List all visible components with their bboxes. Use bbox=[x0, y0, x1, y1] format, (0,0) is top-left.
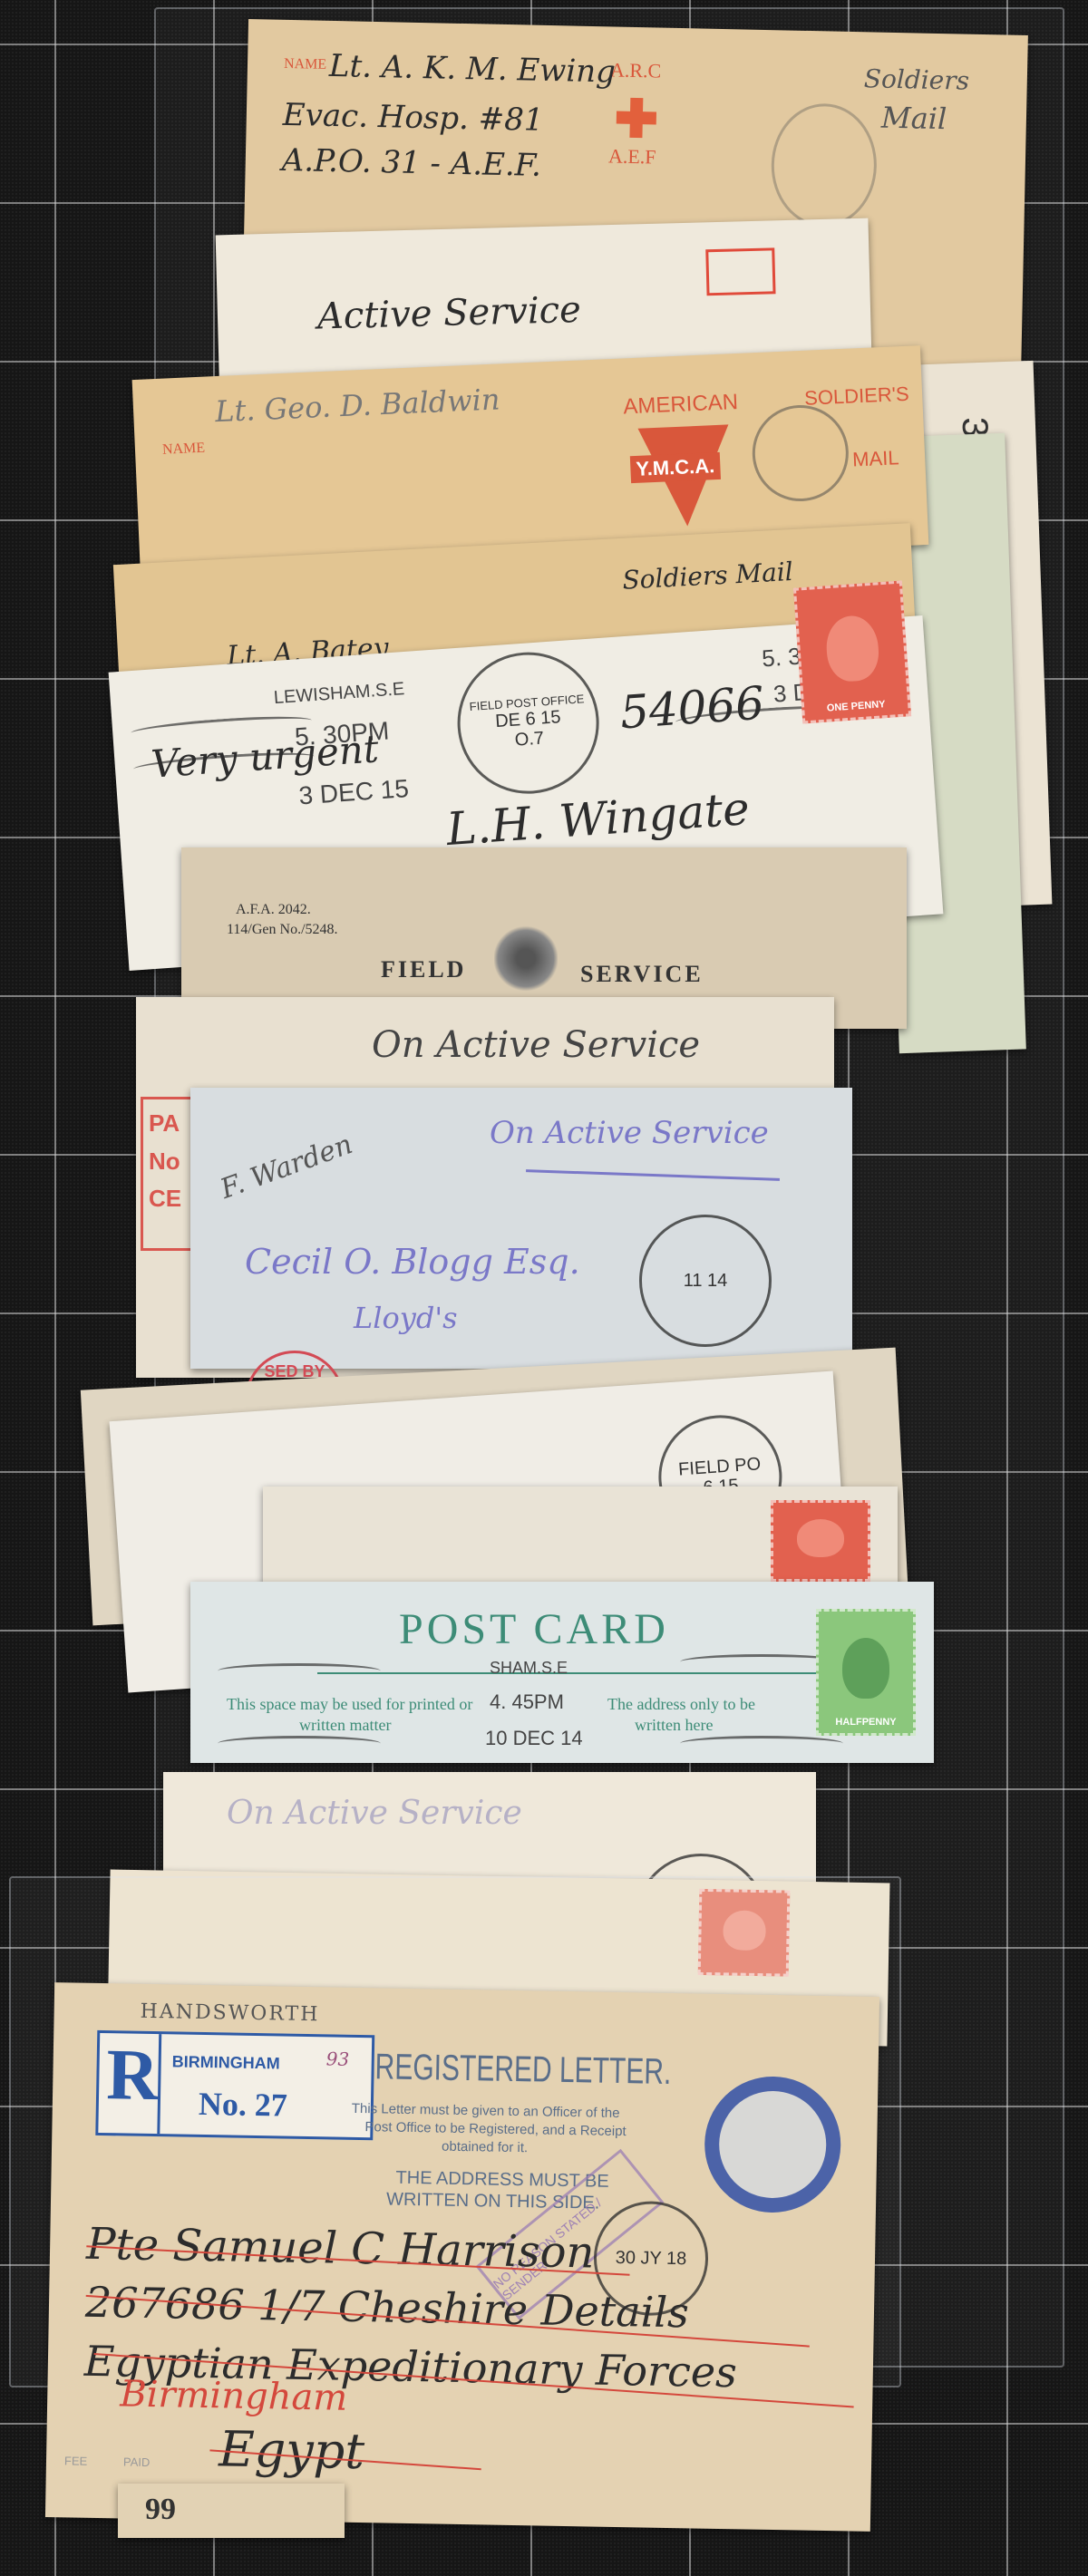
name-label: NAME bbox=[284, 56, 326, 73]
field-post-office-postmark: FIELD POST OFFICE DE 6 15 O.7 bbox=[452, 647, 604, 799]
soldiers-label: SOLDIER'S bbox=[804, 383, 909, 411]
cancel-time: 4. 45PM bbox=[490, 1690, 564, 1714]
instructions-2: Post Office to be Registered, and a Rece… bbox=[364, 2119, 626, 2139]
red-cross-icon bbox=[616, 98, 656, 139]
field-label: FIELD bbox=[381, 956, 466, 983]
ymca-handwriting: Lt. Geo. D. Baldwin bbox=[214, 382, 500, 429]
ymca-badge: Y.M.C.A. bbox=[630, 452, 721, 483]
aef-note: Soldiers Mail bbox=[622, 557, 794, 596]
address-line-3: A.P.O. 31 - A.E.F. bbox=[281, 142, 541, 184]
underline bbox=[526, 1169, 780, 1181]
fee-label: FEE bbox=[64, 2454, 88, 2467]
lot-tab: 99 bbox=[118, 2484, 345, 2538]
censor-box: PA No CE bbox=[141, 1097, 195, 1251]
address-line-1: Lt. A. K. M. Ewing bbox=[329, 48, 617, 91]
address-line-2: 267686 1/7 Cheshire Details bbox=[85, 2278, 690, 2338]
machine-cancel-date: 3 DEC 15 bbox=[298, 774, 410, 810]
right-instructions-2: written here bbox=[635, 1716, 713, 1735]
blogg-envelope: On Active Service F. Warden Cecil O. Blo… bbox=[190, 1088, 852, 1369]
mail-label: MAIL bbox=[852, 446, 899, 471]
address-line-2: Evac. Hosp. #81 bbox=[282, 97, 543, 139]
recipient-name: L.H. Wingate bbox=[445, 782, 752, 856]
instructions-3: obtained for it. bbox=[442, 2139, 528, 2156]
mail-note: Mail bbox=[881, 101, 947, 137]
left-instructions-2: written matter bbox=[299, 1716, 391, 1735]
recipient-address: Lloyd's bbox=[354, 1301, 458, 1335]
redirect-address: Birmingham bbox=[120, 2373, 348, 2418]
service-label: SERVICE bbox=[580, 961, 704, 988]
registration-r: R bbox=[106, 2039, 160, 2112]
one-penny-stamp: ONE PENNY bbox=[793, 581, 911, 724]
lot-number: 99 bbox=[145, 2493, 176, 2527]
instructions-1: This Letter must be given to an Officer … bbox=[352, 2101, 620, 2121]
torn-envelope bbox=[263, 1487, 898, 1586]
red-censor-frame bbox=[705, 247, 775, 295]
active-service-handwriting: Active Service bbox=[316, 289, 581, 338]
service-number: 54066 bbox=[618, 676, 766, 739]
post-card: POST CARD This space may be used for pri… bbox=[190, 1582, 934, 1763]
recipient-name: Cecil O. Blogg Esq. bbox=[245, 1242, 580, 1282]
registered-letter-envelope: HANDSWORTH R BIRMINGHAM 93 No. 27 REGIST… bbox=[45, 1982, 879, 2532]
form-code: A.F.A. 2042. bbox=[236, 902, 311, 918]
cancel-date: 10 DEC 14 bbox=[485, 1727, 583, 1750]
address-line-4: Egypt bbox=[219, 2420, 365, 2480]
ymca-postmark bbox=[751, 403, 851, 504]
penny-stamp bbox=[771, 1500, 870, 1582]
handsworth-note: HANDSWORTH bbox=[140, 2000, 319, 2026]
aef-label: A.E.F bbox=[608, 144, 656, 169]
cancel-town: SHAM.S.E bbox=[490, 1659, 568, 1678]
registration-office: BIRMINGHAM bbox=[172, 2052, 280, 2073]
faint-postmark bbox=[770, 102, 878, 228]
royal-coat-of-arms-icon bbox=[494, 925, 558, 993]
arc-label: A.R.C bbox=[610, 58, 662, 82]
name-label: NAME bbox=[162, 441, 206, 459]
left-instructions-1: This space may be used for printed or bbox=[227, 1695, 472, 1714]
soldiers-note: Soldiers bbox=[864, 63, 970, 95]
title-rule bbox=[317, 1672, 825, 1674]
registration-label: R BIRMINGHAM 93 No. 27 bbox=[95, 2030, 374, 2140]
form-ref: 114/Gen No./5248. bbox=[227, 922, 338, 938]
pencil-active-service: On Active Service bbox=[372, 1024, 700, 1066]
on-active-service: On Active Service bbox=[490, 1115, 769, 1151]
paid-label: PAID bbox=[123, 2455, 151, 2470]
registration-office-no: 93 bbox=[326, 2048, 350, 2069]
right-instructions-1: The address only to be bbox=[607, 1695, 755, 1714]
halfpenny-stamp: HALFPENNY bbox=[816, 1609, 916, 1736]
faint-active-service: On Active Service bbox=[227, 1795, 522, 1832]
registered-letter-title: REGISTERED LETTER. bbox=[374, 2047, 671, 2093]
machine-cancel-town: LEWISHAM.S.E bbox=[273, 679, 405, 709]
sender-signature: F. Warden bbox=[217, 1128, 357, 1206]
american-label: AMERICAN bbox=[623, 390, 739, 420]
embossed-registration-stamp bbox=[704, 2076, 842, 2214]
post-card-title: POST CARD bbox=[399, 1604, 669, 1654]
registration-number: No. 27 bbox=[199, 2085, 288, 2125]
blogg-postmark: 11 14 bbox=[639, 1215, 772, 1347]
